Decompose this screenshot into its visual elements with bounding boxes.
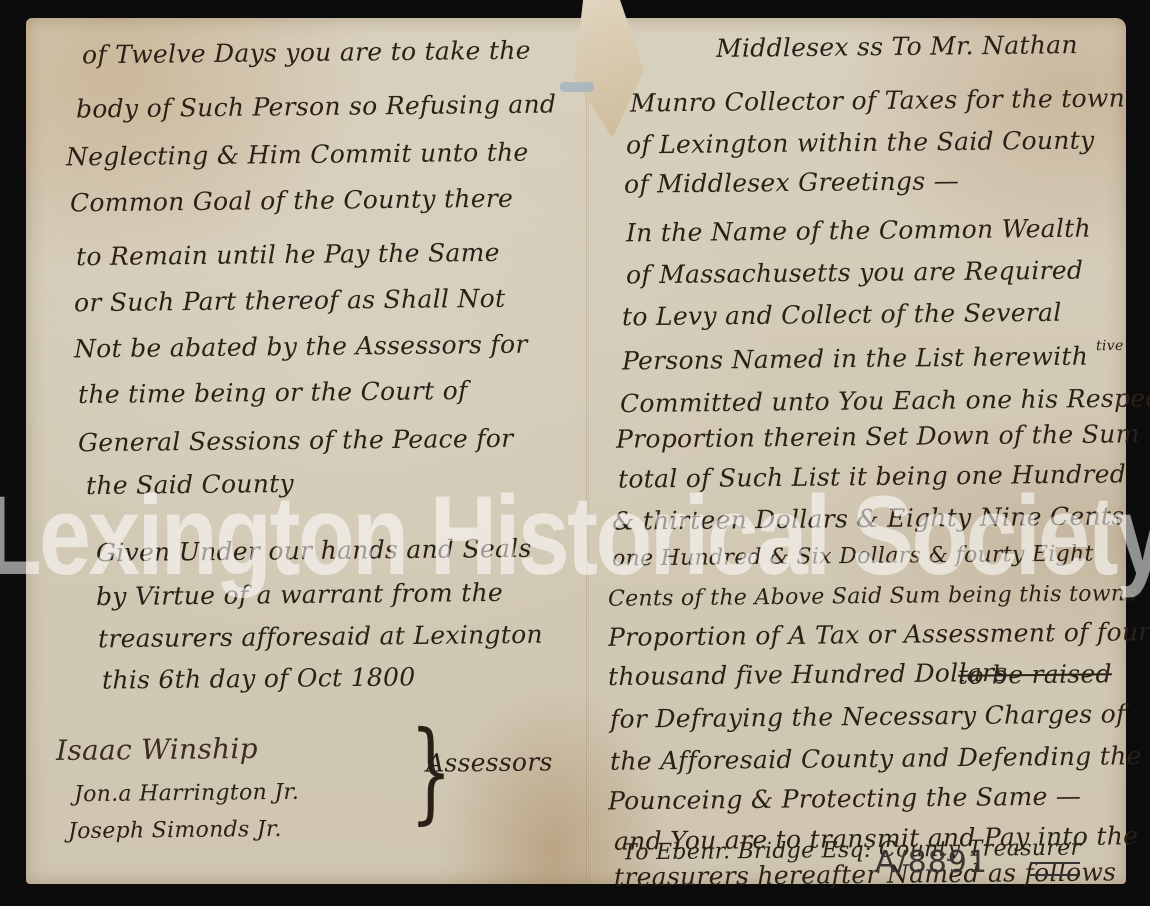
left-line-8: the time being or the Court of	[78, 376, 468, 409]
right-line-7: to Levy and Collect of the Several	[622, 298, 1062, 332]
right-line-6: of Massachusetts you are Required	[626, 256, 1083, 290]
right-line-18: the Afforesaid County and Defending the	[610, 741, 1142, 776]
left-line-14: this 6th day of Oct 1800	[102, 662, 416, 694]
assessors-label: Assessors	[426, 747, 553, 777]
signature-joseph-simonds: Joseph Simonds Jr.	[68, 817, 282, 844]
left-line-4: Common Goal of the County there	[70, 184, 513, 218]
right-line-12: & thirteen Dollars & Eighty Nine Cents	[612, 501, 1125, 535]
left-line-6: or Such Part thereof as Shall Not	[74, 284, 506, 318]
manuscript-sheet: of Twelve Days you are to take the body …	[26, 18, 1126, 884]
left-line-10: the Said County	[86, 469, 294, 500]
struck-text: to be raised	[958, 659, 1112, 690]
right-line-1: Middlesex ss To Mr. Nathan	[716, 30, 1078, 63]
left-line-11: Given Under our hands and Seals	[96, 534, 532, 568]
left-line-7: Not be abated by the Assessors for	[74, 330, 528, 364]
right-line-22: To Ebenr. Bridge Esq: County Treasurer	[622, 836, 1082, 866]
signature-jonathan-harrington: Jon.a Harrington Jr.	[74, 780, 299, 807]
right-line-2: Munro Collector of Taxes for the town	[630, 83, 1125, 117]
signature-isaac-winship: Isaac Winship	[56, 732, 258, 767]
right-line-10: Proportion therein Set Down of the Sum	[616, 419, 1140, 453]
double-underline	[1030, 862, 1080, 876]
right-line-17: for Defraying the Necessary Charges of	[610, 699, 1126, 733]
right-line-11: total of Such List it being one Hundred	[618, 459, 1126, 493]
right-line-5: In the Name of the Common Wealth	[626, 214, 1091, 248]
left-line-9: General Sessions of the Peace for	[78, 424, 514, 458]
right-line-16: thousand five Hundred Dollars	[608, 658, 1008, 691]
left-line-2: body of Such Person so Refusing and	[76, 89, 556, 123]
pin-mark	[560, 82, 594, 92]
right-line-4: of Middlesex Greetings —	[624, 166, 959, 199]
left-line-13: treasurers afforesaid at Lexington	[98, 620, 543, 654]
left-line-5: to Remain until he Pay the Same	[76, 238, 500, 271]
left-line-12: by Virtue of a warrant from the	[96, 578, 503, 611]
left-page: of Twelve Days you are to take the body …	[26, 18, 586, 884]
right-line-19: Pounceing & Protecting the Same —	[608, 782, 1081, 816]
left-line-3: Neglecting & Him Commit unto the	[66, 138, 529, 172]
right-line-15: Proportion of A Tax or Assessment of fou…	[608, 617, 1150, 652]
right-line-3: of Lexington within the Said County	[626, 126, 1095, 160]
right-line-8: Persons Named in the List herewith	[622, 342, 1088, 376]
catalog-number: A/8891	[875, 845, 988, 880]
right-page: Middlesex ss To Mr. Nathan Munro Collect…	[586, 18, 1126, 884]
right-line-13: one Hundred & Six Dollars & fourty Eight	[612, 541, 1094, 571]
left-line-1: of Twelve Days you are to take the	[82, 36, 531, 70]
insertion-note: tive	[1096, 338, 1124, 354]
right-line-9: Committed unto You Each one his Respecti…	[620, 383, 1150, 418]
right-line-14: Cents of the Above Said Sum being this t…	[608, 581, 1137, 612]
